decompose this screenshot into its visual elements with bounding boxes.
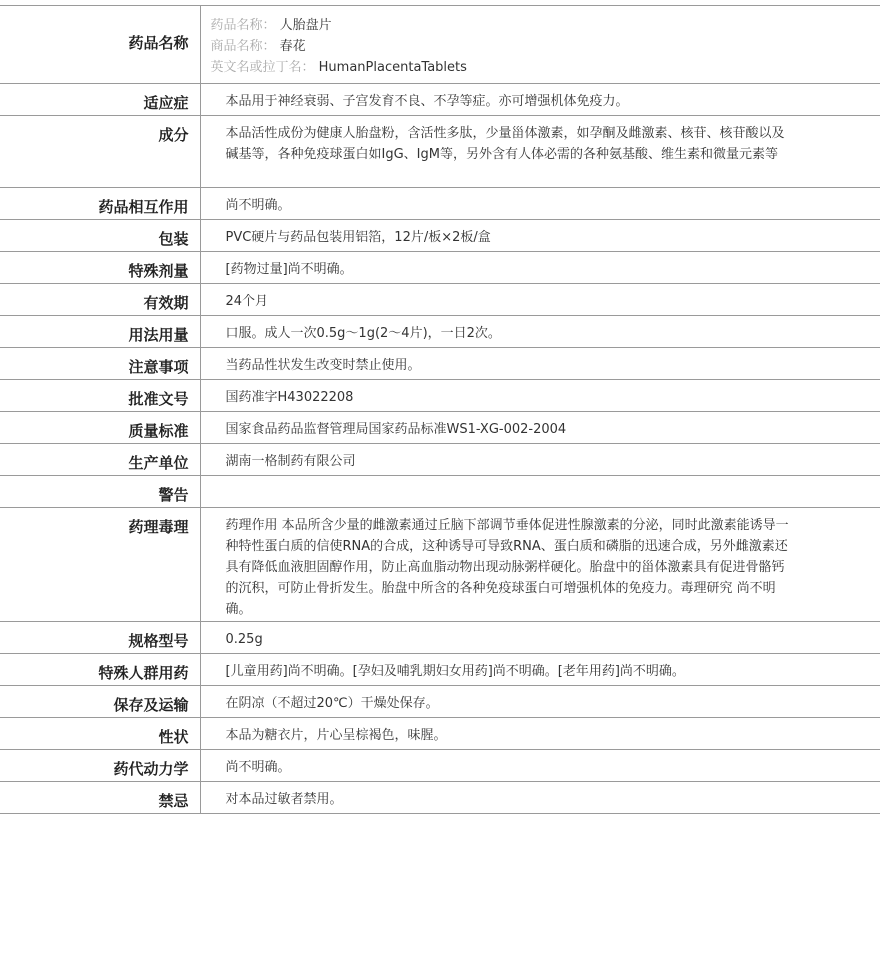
generic-name-label: 药品名称： [211,18,276,33]
label-interactions: 药品相互作用 [0,188,200,220]
value-pharmacokinetics: 尚不明确。 [200,750,880,782]
row-usage-dosage: 用法用量 口服。成人一次0.5g～1g(2～4片)，一日2次。 [0,316,880,348]
brand-name-value: 春花 [280,39,306,54]
row-precautions: 注意事项 当药品性状发生改变时禁止使用。 [0,348,880,380]
value-shelf-life: 24个月 [200,284,880,316]
row-specification: 规格型号 0.25g [0,622,880,654]
row-warning: 警告 [0,476,880,508]
label-contraindications: 禁忌 [0,782,200,814]
row-drug-name: 药品名称 药品名称： 人胎盘片 商品名称： 春花 英文名或拉丁名： HumanP… [0,6,880,84]
row-appearance: 性状 本品为糖衣片，片心呈棕褐色，味腥。 [0,718,880,750]
row-approval-number: 批准文号 国药准字H43022208 [0,380,880,412]
value-ingredients: 本品活性成份为健康人胎盘粉，含活性多肽，少量甾体激素，如孕酮及雌激素、核苷、核苷… [200,116,880,188]
label-warning: 警告 [0,476,200,508]
value-quality-standard: 国家食品药品监督管理局国家药品标准WS1-XG-002-2004 [200,412,880,444]
row-pharmacology-toxicology: 药理毒理 药理作用 本品所含少量的雌激素通过丘脑下部调节垂体促进性腺激素的分泌，… [0,508,880,622]
value-special-populations: [儿童用药]尚不明确。[孕妇及哺乳期妇女用药]尚不明确。[老年用药]尚不明确。 [200,654,880,686]
label-special-dosage: 特殊剂量 [0,252,200,284]
label-precautions: 注意事项 [0,348,200,380]
label-specification: 规格型号 [0,622,200,654]
row-pharmacokinetics: 药代动力学 尚不明确。 [0,750,880,782]
label-usage-dosage: 用法用量 [0,316,200,348]
value-specification: 0.25g [200,622,880,654]
row-special-populations: 特殊人群用药 [儿童用药]尚不明确。[孕妇及哺乳期妇女用药]尚不明确。[老年用药… [0,654,880,686]
value-precautions: 当药品性状发生改变时禁止使用。 [200,348,880,380]
label-pharmacokinetics: 药代动力学 [0,750,200,782]
value-special-dosage: [药物过量]尚不明确。 [200,252,880,284]
value-interactions: 尚不明确。 [200,188,880,220]
row-shelf-life: 有效期 24个月 [0,284,880,316]
label-ingredients: 成分 [0,116,200,188]
brand-name-label: 商品名称： [211,39,276,54]
value-manufacturer: 湖南一格制药有限公司 [200,444,880,476]
label-quality-standard: 质量标准 [0,412,200,444]
row-interactions: 药品相互作用 尚不明确。 [0,188,880,220]
generic-name-value: 人胎盘片 [280,18,332,33]
row-packaging: 包装 PVC硬片与药品包装用铝箔，12片/板×2板/盒 [0,220,880,252]
label-shelf-life: 有效期 [0,284,200,316]
label-packaging: 包装 [0,220,200,252]
row-contraindications: 禁忌 对本品过敏者禁用。 [0,782,880,814]
value-pharmacology-toxicology: 药理作用 本品所含少量的雌激素通过丘脑下部调节垂体促进性腺激素的分泌，同时此激素… [200,508,880,622]
value-indications: 本品用于神经衰弱、子宫发育不良、不孕等症。亦可增强机体免疫力。 [200,84,880,116]
row-manufacturer: 生产单位 湖南一格制药有限公司 [0,444,880,476]
label-appearance: 性状 [0,718,200,750]
value-appearance: 本品为糖衣片，片心呈棕褐色，味腥。 [200,718,880,750]
label-indications: 适应症 [0,84,200,116]
row-indications: 适应症 本品用于神经衰弱、子宫发育不良、不孕等症。亦可增强机体免疫力。 [0,84,880,116]
label-drug-name: 药品名称 [0,6,200,84]
value-warning [200,476,880,508]
label-special-populations: 特殊人群用药 [0,654,200,686]
value-contraindications: 对本品过敏者禁用。 [200,782,880,814]
row-special-dosage: 特殊剂量 [药物过量]尚不明确。 [0,252,880,284]
label-pharmacology-toxicology: 药理毒理 [0,508,200,622]
drug-spec-table: 药品名称 药品名称： 人胎盘片 商品名称： 春花 英文名或拉丁名： HumanP… [0,5,880,814]
value-approval-number: 国药准字H43022208 [200,380,880,412]
label-manufacturer: 生产单位 [0,444,200,476]
row-storage-transport: 保存及运输 在阴凉（不超过20℃）干燥处保存。 [0,686,880,718]
value-storage-transport: 在阴凉（不超过20℃）干燥处保存。 [200,686,880,718]
value-usage-dosage: 口服。成人一次0.5g～1g(2～4片)，一日2次。 [200,316,880,348]
english-name-label: 英文名或拉丁名： [211,60,315,75]
english-name-value: HumanPlacentaTablets [319,60,467,75]
label-approval-number: 批准文号 [0,380,200,412]
label-storage-transport: 保存及运输 [0,686,200,718]
row-quality-standard: 质量标准 国家食品药品监督管理局国家药品标准WS1-XG-002-2004 [0,412,880,444]
row-ingredients: 成分 本品活性成份为健康人胎盘粉，含活性多肽，少量甾体激素，如孕酮及雌激素、核苷… [0,116,880,188]
value-drug-name: 药品名称： 人胎盘片 商品名称： 春花 英文名或拉丁名： HumanPlacen… [200,6,880,84]
value-packaging: PVC硬片与药品包装用铝箔，12片/板×2板/盒 [200,220,880,252]
